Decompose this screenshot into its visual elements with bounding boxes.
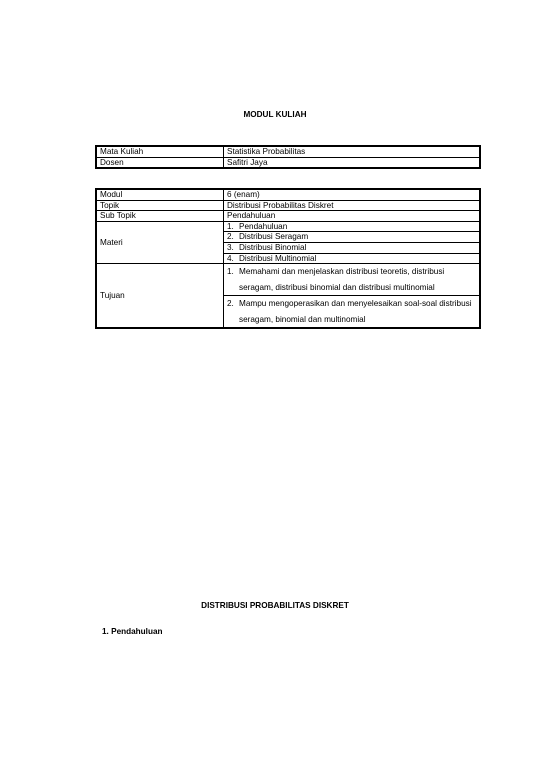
- modul-label: Modul: [96, 189, 224, 200]
- table-row: Sub Topik Pendahuluan: [96, 211, 480, 222]
- table-row: Dosen Safitri Jaya: [96, 157, 480, 168]
- materi-item: 1.Pendahuluan: [224, 221, 481, 232]
- table-row: Materi 1.Pendahuluan: [96, 221, 480, 232]
- document-title: MODUL KULIAH: [0, 110, 550, 119]
- tujuan-item: 1.Memahami dan menjelaskan distribusi te…: [224, 264, 481, 296]
- table-row: Tujuan 1.Memahami dan menjelaskan distri…: [96, 264, 480, 296]
- sub-heading: 1. Pendahuluan: [102, 627, 163, 636]
- sub-topik-value: Pendahuluan: [224, 211, 481, 222]
- mata-kuliah-value: Statistika Probabilitas: [224, 146, 481, 157]
- table-row: Topik Distribusi Probabilitas Diskret: [96, 200, 480, 211]
- table-row: Mata Kuliah Statistika Probabilitas: [96, 146, 480, 157]
- tujuan-item: 2.Mampu mengoperasikan dan menyelesaikan…: [224, 296, 481, 329]
- mata-kuliah-label: Mata Kuliah: [96, 146, 224, 157]
- materi-item: 4.Distribusi Multinomial: [224, 253, 481, 264]
- materi-label: Materi: [96, 221, 224, 263]
- table-row: Modul 6 (enam): [96, 189, 480, 200]
- sub-topik-label: Sub Topik: [96, 211, 224, 222]
- course-info-table: Mata Kuliah Statistika Probabilitas Dose…: [95, 145, 481, 169]
- topik-label: Topik: [96, 200, 224, 211]
- materi-item: 2.Distribusi Seragam: [224, 232, 481, 243]
- modul-value: 6 (enam): [224, 189, 481, 200]
- materi-item: 3.Distribusi Binomial: [224, 242, 481, 253]
- dosen-value: Safitri Jaya: [224, 157, 481, 168]
- section-title: DISTRIBUSI PROBABILITAS DISKRET: [0, 601, 550, 610]
- tujuan-label: Tujuan: [96, 264, 224, 329]
- dosen-label: Dosen: [96, 157, 224, 168]
- module-table: Modul 6 (enam) Topik Distribusi Probabil…: [95, 188, 481, 329]
- topik-value: Distribusi Probabilitas Diskret: [224, 200, 481, 211]
